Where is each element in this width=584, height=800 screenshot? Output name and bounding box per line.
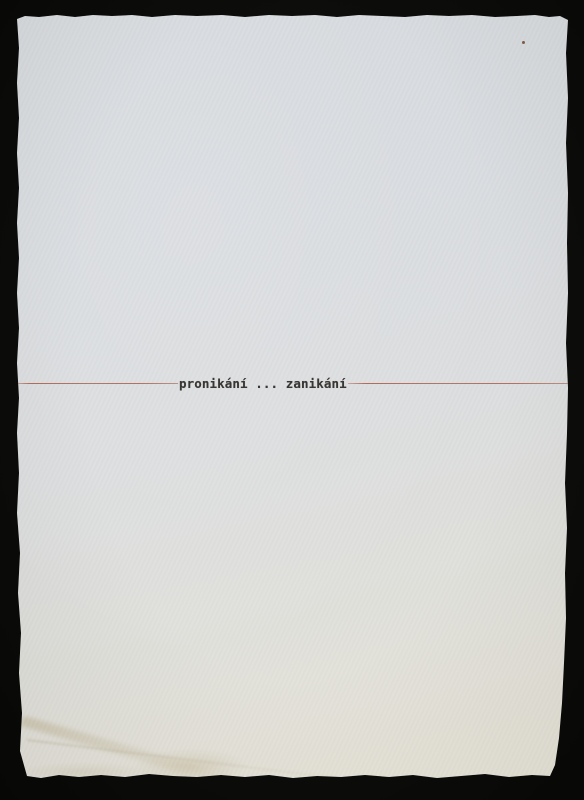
red-rule-left-segment [17,383,178,384]
bottom-edge-stain [135,749,247,783]
photo-backdrop: pronikání ... zanikání [0,0,584,800]
paper-speck [522,41,525,44]
red-rule-right-segment [348,383,568,384]
paper-sheet: pronikání ... zanikání [17,13,568,779]
red-rule-row: pronikání ... zanikání [17,374,568,392]
typewritten-text: pronikání ... zanikání [178,376,348,391]
bottom-left-edge-stain [17,763,147,781]
